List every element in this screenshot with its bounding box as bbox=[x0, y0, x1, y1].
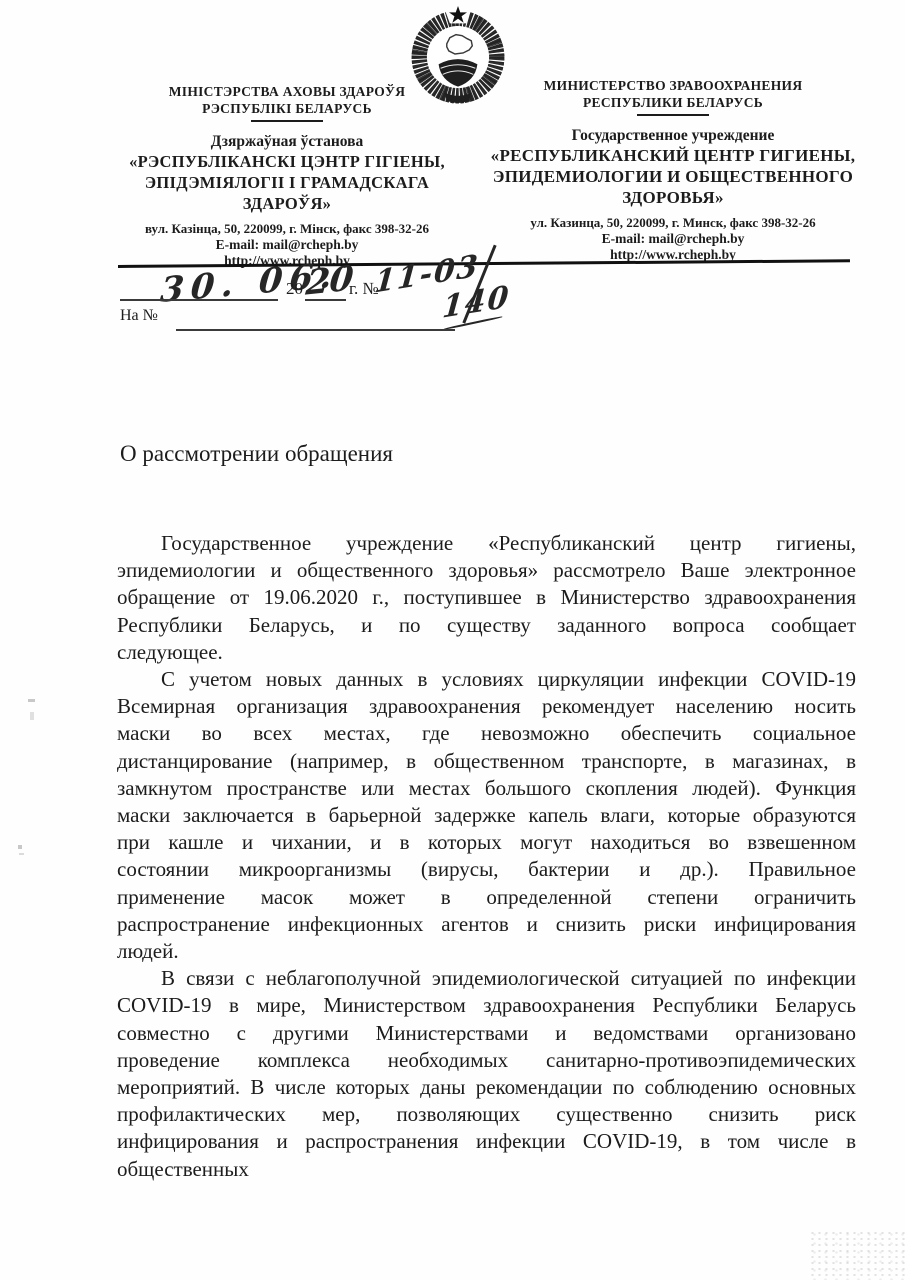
ministry-name-line: РЭСПУБЛІКІ БЕЛАРУСЬ bbox=[104, 101, 470, 118]
reply-to-label: На № bbox=[120, 307, 158, 325]
org-address: ул. Казинца, 50, 220099, г. Минск, факс … bbox=[478, 215, 868, 231]
org-name-line: «РЭСПУБЛІКАНСКІ ЦЭНТР ГІГІЕНЫ, bbox=[104, 151, 470, 172]
scan-noise-corner bbox=[809, 1230, 905, 1280]
org-address: вул. Казінца, 50, 220099, г. Мінск, факс… bbox=[104, 221, 470, 237]
org-type-label: Дзяржаўная ўстанова bbox=[104, 132, 470, 151]
org-type-label: Государственное учреждение bbox=[478, 126, 868, 145]
date-underline bbox=[120, 299, 278, 301]
org-name-line: «РЕСПУБЛИКАНСКИЙ ЦЕНТР ГИГИЕНЫ, bbox=[478, 145, 868, 166]
org-name-line: ЗДОРОВЬЯ» bbox=[478, 187, 868, 208]
scan-smudge bbox=[19, 853, 24, 855]
divider-rule bbox=[637, 114, 709, 116]
scan-smudge bbox=[18, 845, 22, 849]
divider-rule bbox=[251, 120, 323, 122]
body-paragraph: С учетом новых данных в условиях циркуля… bbox=[117, 666, 856, 965]
scan-smudge bbox=[30, 712, 34, 720]
letterhead-belarusian: МІНІСТЭРСТВА АХОВЫ ЗДАРОЎЯ РЭСПУБЛІКІ БЕ… bbox=[104, 84, 470, 268]
year-prefix-label: 20 bbox=[286, 279, 303, 299]
scanned-letter-page: МІНІСТЭРСТВА АХОВЫ ЗДАРОЎЯ РЭСПУБЛІКІ БЕ… bbox=[0, 0, 905, 1280]
org-email: E-mail: mail@rcheph.by bbox=[104, 237, 470, 253]
ministry-name-line: МИНИСТЕРСТВО ЗРАВООХРАНЕНИЯ bbox=[478, 78, 868, 95]
ministry-name-line: РЕСПУБЛИКИ БЕЛАРУСЬ bbox=[478, 95, 868, 112]
reference-block: 30. 06. 20 20 г. № 11-03 140 На № bbox=[0, 255, 905, 345]
body-paragraph: В связи с неблагополучной эпидемиологиче… bbox=[117, 965, 856, 1183]
org-name-line: ЭПІДЭМІЯЛОГІІ І ГРАМАДСКАГА bbox=[104, 172, 470, 193]
org-name-line: ЭПИДЕМИОЛОГИИ И ОБЩЕСТВЕННОГО bbox=[478, 166, 868, 187]
letter-subject: О рассмотрении обращения bbox=[120, 441, 393, 467]
org-email: E-mail: mail@rcheph.by bbox=[478, 231, 868, 247]
body-paragraph: Государственное учреждение «Республиканс… bbox=[117, 530, 856, 666]
org-name-line: ЗДАРОЎЯ» bbox=[104, 193, 470, 214]
ministry-name-line: МІНІСТЭРСТВА АХОВЫ ЗДАРОЎЯ bbox=[104, 84, 470, 101]
year-underline bbox=[305, 299, 346, 301]
letterhead-russian: МИНИСТЕРСТВО ЗРАВООХРАНЕНИЯ РЕСПУБЛИКИ Б… bbox=[478, 78, 868, 262]
reply-to-underline bbox=[176, 329, 455, 331]
handwritten-year: 20 bbox=[304, 258, 355, 304]
scan-smudge bbox=[28, 699, 35, 702]
letter-body: Государственное учреждение «Республиканс… bbox=[117, 530, 856, 1183]
